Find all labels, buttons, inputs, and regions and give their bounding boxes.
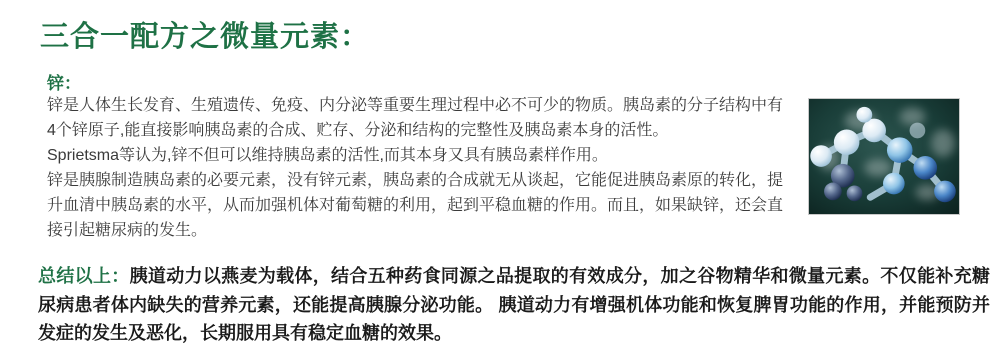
zinc-section-heading: 锌： <box>47 69 81 94</box>
slide-page: 三合一配方之微量元素： 锌： 锌是人体生长发育、生殖遗传、免疫、内分泌等重要生理… <box>0 0 1002 364</box>
summary-label: 总结以上： <box>38 266 130 286</box>
zinc-paragraph-line: Sprietsma等认为,锌不但可以维持胰岛素的活性,而其本身又具有胰岛素样作用… <box>47 143 817 168</box>
zinc-paragraph-line: 锌是胰腺制造胰岛素的必要元素，没有锌元素，胰岛素的合成就无从谈起，它能促进胰岛素… <box>47 168 817 193</box>
molecule-image <box>808 98 960 215</box>
summary-paragraph: 总结以上：胰道动力以燕麦为载体，结合五种药食同源之品提取的有效成分，加之谷物精华… <box>38 262 990 348</box>
zinc-paragraph-line: 4个锌原子,能直接影响胰岛素的合成、贮存、分泌和结构的完整性及胰岛素本身的活性。 <box>47 118 817 143</box>
zinc-paragraph-line: 接引起糖尿病的发生。 <box>47 218 817 243</box>
summary-text: 胰道动力以燕麦为载体，结合五种药食同源之品提取的有效成分，加之谷物精华和微量元素… <box>38 266 990 343</box>
zinc-paragraph-line: 锌是人体生长发育、生殖遗传、免疫、内分泌等重要生理过程中必不可少的物质。胰岛素的… <box>47 93 817 118</box>
page-title: 三合一配方之微量元素： <box>40 14 370 55</box>
zinc-paragraph-line: 升血清中胰岛素的水平，从而加强机体对葡萄糖的利用，起到平稳血糖的作用。而且，如果… <box>47 193 817 218</box>
zinc-paragraph: 锌是人体生长发育、生殖遗传、免疫、内分泌等重要生理过程中必不可少的物质。胰岛素的… <box>47 93 817 243</box>
molecule-graphic <box>809 99 959 214</box>
